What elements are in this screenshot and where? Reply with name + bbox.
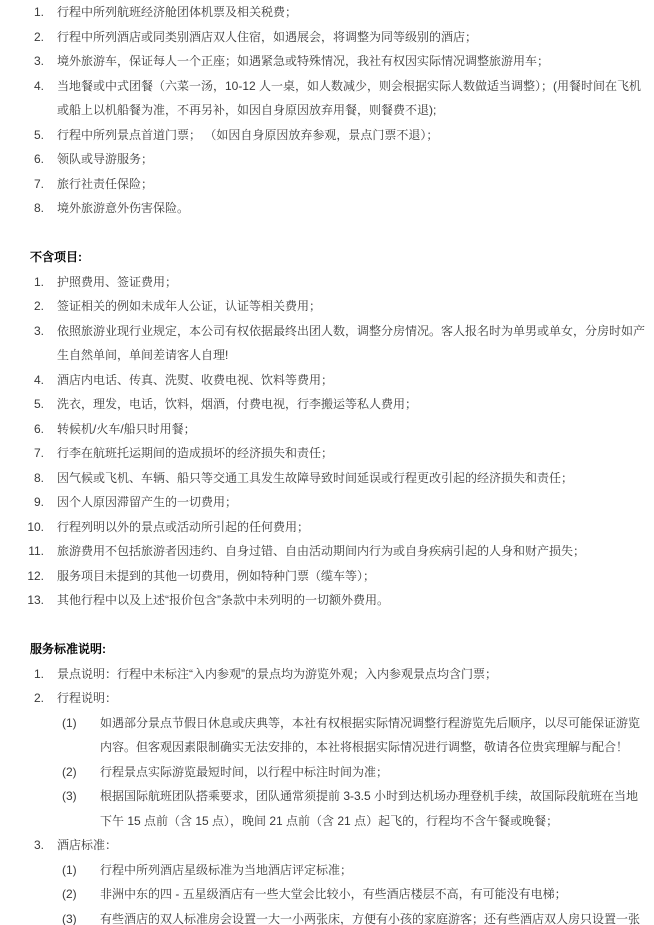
included-item: 6.领队或导游服务； [0, 147, 654, 172]
excluded-item: 10.行程列明以外的景点或活动所引起的任何费用； [0, 515, 654, 540]
item-text: 服务项目未提到的其他一切费用，例如特种门票（缆车等）； [57, 569, 375, 583]
item-text: 旅行社责任保险； [57, 177, 153, 191]
hotel-sub-item: (3)有些酒店的双人标准房会设置一大一小两张床，方便有小孩的家庭游客；还有些酒店… [0, 907, 654, 925]
item-number: 2. [0, 25, 44, 50]
excluded-item: 1.护照费用、签证费用； [0, 270, 654, 295]
sub-item-text: 非洲中东的四 - 五星级酒店有一些大堂会比较小，有些酒店楼层不高，有可能没有电梯… [100, 887, 567, 901]
item-text: 行李在航班托运期间的造成损坏的经济损失和责任； [57, 446, 333, 460]
item-text: 旅游费用不包括旅游者因违约、自身过错、自由活动期间内行为或自身疾病引起的人身和财… [57, 544, 585, 558]
item-number: 6. [0, 147, 44, 172]
item-text: 领队或导游服务； [57, 152, 153, 166]
excluded-item: 13.其他行程中以及上述“报价包含”条款中未列明的一切额外费用。 [0, 588, 654, 613]
sub-item-number: (2) [62, 882, 96, 907]
item-text: 行程说明： [57, 691, 117, 705]
excluded-item: 5.洗衣，理发，电话，饮料，烟酒，付费电视，行李搬运等私人费用； [0, 392, 654, 417]
item-number: 10. [0, 515, 44, 540]
sub-item-text: 如遇部分景点节假日休息或庆典等，本社有权根据实际情况调整行程游览先后顺序，以尽可… [100, 716, 640, 755]
item-number: 4. [0, 368, 44, 393]
itinerary-sub-item: (2)行程景点实际游览最短时间，以行程中标注时间为准； [0, 760, 654, 785]
item-number: 12. [0, 564, 44, 589]
excluded-item: 9.因个人原因滞留产生的一切费用； [0, 490, 654, 515]
sub-item-number: (1) [62, 711, 96, 736]
excluded-item: 4.酒店内电话、传真、洗熨、收费电视、饮料等费用； [0, 368, 654, 393]
sub-item-text: 行程中所列酒店星级标准为当地酒店评定标准； [100, 863, 352, 877]
excluded-item: 3.依照旅游业现行业规定，本公司有权依据最终出团人数，调整分房情况。客人报名时为… [0, 319, 654, 368]
item-number: 5. [0, 123, 44, 148]
sub-item-text: 行程景点实际游览最短时间，以行程中标注时间为准； [100, 765, 388, 779]
sub-item-number: (3) [62, 784, 96, 809]
sub-item-text: 根据国际航班团队搭乘要求，团队通常须提前 3-3.5 小时到达机场办理登机手续，… [100, 789, 638, 828]
item-text: 景点说明：行程中未标注“入内参观”的景点均为游览外观；入内参观景点均含门票； [57, 667, 497, 681]
item-number: 2. [0, 294, 44, 319]
item-text: 酒店内电话、传真、洗熨、收费电视、饮料等费用； [57, 373, 333, 387]
included-item: 7.旅行社责任保险； [0, 172, 654, 197]
item-text: 行程中所列景点首道门票； （如因自身原因放弃参观，景点门票不退）； [57, 128, 438, 142]
item-text: 行程中所列航班经济舱团体机票及相关税费； [57, 5, 297, 19]
included-item: 1.行程中所列航班经济舱团体机票及相关税费； [0, 0, 654, 25]
included-item: 5.行程中所列景点首道门票； （如因自身原因放弃参观，景点门票不退）； [0, 123, 654, 148]
item-text: 护照费用、签证费用； [57, 275, 177, 289]
item-number: 7. [0, 172, 44, 197]
service-item-itinerary: 2.行程说明： [0, 686, 654, 711]
item-text: 境外旅游车，保证每人一个正座；如遇紧急或特殊情况，我社有权因实际情况调整旅游用车… [57, 54, 549, 68]
item-text: 签证相关的例如未成年人公证，认证等相关费用； [57, 299, 321, 313]
itinerary-sub-item: (1)如遇部分景点节假日休息或庆典等，本社有权根据实际情况调整行程游览先后顺序，… [0, 711, 654, 760]
item-number: 6. [0, 417, 44, 442]
sub-item-number: (2) [62, 760, 96, 785]
item-number: 8. [0, 466, 44, 491]
item-text: 因个人原因滞留产生的一切费用； [57, 495, 237, 509]
item-number: 3. [0, 49, 44, 74]
sub-item-number: (1) [62, 858, 96, 883]
excluded-item: 2.签证相关的例如未成年人公证，认证等相关费用； [0, 294, 654, 319]
itinerary-sub-item: (3)根据国际航班团队搭乘要求，团队通常须提前 3-3.5 小时到达机场办理登机… [0, 784, 654, 833]
item-text: 依照旅游业现行业规定，本公司有权依据最终出团人数，调整分房情况。客人报名时为单男… [57, 324, 645, 363]
item-number: 1. [0, 270, 44, 295]
item-number: 4. [0, 74, 44, 99]
section-heading-service-standards: 服务标准说明: [0, 637, 654, 662]
item-number: 11. [0, 539, 44, 564]
item-text: 境外旅游意外伤害保险。 [57, 201, 189, 215]
item-text: 因气候或飞机、车辆、船只等交通工具发生故障导致时间延误或行程更改引起的经济损失和… [57, 471, 573, 485]
sub-item-number: (3) [62, 907, 96, 925]
item-text: 酒店标准： [57, 838, 117, 852]
item-text: 行程列明以外的景点或活动所引起的任何费用； [57, 520, 309, 534]
item-text: 行程中所列酒店或同类别酒店双人住宿，如遇展会，将调整为同等级别的酒店； [57, 30, 477, 44]
excluded-item: 12.服务项目未提到的其他一切费用，例如特种门票（缆车等）； [0, 564, 654, 589]
included-item: 2.行程中所列酒店或同类别酒店双人住宿，如遇展会，将调整为同等级别的酒店； [0, 25, 654, 50]
item-number: 5. [0, 392, 44, 417]
excluded-item: 11.旅游费用不包括旅游者因违约、自身过错、自由活动期间内行为或自身疾病引起的人… [0, 539, 654, 564]
item-number: 7. [0, 441, 44, 466]
section-heading-excluded: 不含项目: [0, 245, 654, 270]
item-number: 9. [0, 490, 44, 515]
item-text: 其他行程中以及上述“报价包含”条款中未列明的一切额外费用。 [57, 593, 389, 607]
sub-item-text: 有些酒店的双人标准房会设置一大一小两张床，方便有小孩的家庭游客；还有些酒店双人房… [100, 912, 640, 925]
excluded-item: 6.转候机/火车/船只时用餐； [0, 417, 654, 442]
service-item-hotel-standard: 3.酒店标准： [0, 833, 654, 858]
included-item: 8.境外旅游意外伤害保险。 [0, 196, 654, 221]
item-number: 1. [0, 662, 44, 687]
included-item: 4.当地餐或中式团餐（六菜一汤，10-12 人一桌，如人数减少，则会根据实际人数… [0, 74, 654, 123]
hotel-sub-item: (2)非洲中东的四 - 五星级酒店有一些大堂会比较小，有些酒店楼层不高，有可能没… [0, 882, 654, 907]
hotel-sub-item: (1)行程中所列酒店星级标准为当地酒店评定标准； [0, 858, 654, 883]
item-number: 2. [0, 686, 44, 711]
included-item: 3.境外旅游车，保证每人一个正座；如遇紧急或特殊情况，我社有权因实际情况调整旅游… [0, 49, 654, 74]
service-item-scenic-spots: 1.景点说明：行程中未标注“入内参观”的景点均为游览外观；入内参观景点均含门票； [0, 662, 654, 687]
item-number: 3. [0, 833, 44, 858]
travel-terms-document: 1.行程中所列航班经济舱团体机票及相关税费； 2.行程中所列酒店或同类别酒店双人… [0, 0, 654, 925]
item-text: 当地餐或中式团餐（六菜一汤，10-12 人一桌，如人数减少，则会根据实际人数做适… [57, 79, 641, 118]
item-text: 转候机/火车/船只时用餐； [57, 422, 196, 436]
item-text: 洗衣，理发，电话，饮料，烟酒，付费电视，行李搬运等私人费用； [57, 397, 417, 411]
item-number: 1. [0, 0, 44, 25]
item-number: 8. [0, 196, 44, 221]
excluded-item: 8.因气候或飞机、车辆、船只等交通工具发生故障导致时间延误或行程更改引起的经济损… [0, 466, 654, 491]
item-number: 3. [0, 319, 44, 344]
item-number: 13. [0, 588, 44, 613]
excluded-item: 7.行李在航班托运期间的造成损坏的经济损失和责任； [0, 441, 654, 466]
